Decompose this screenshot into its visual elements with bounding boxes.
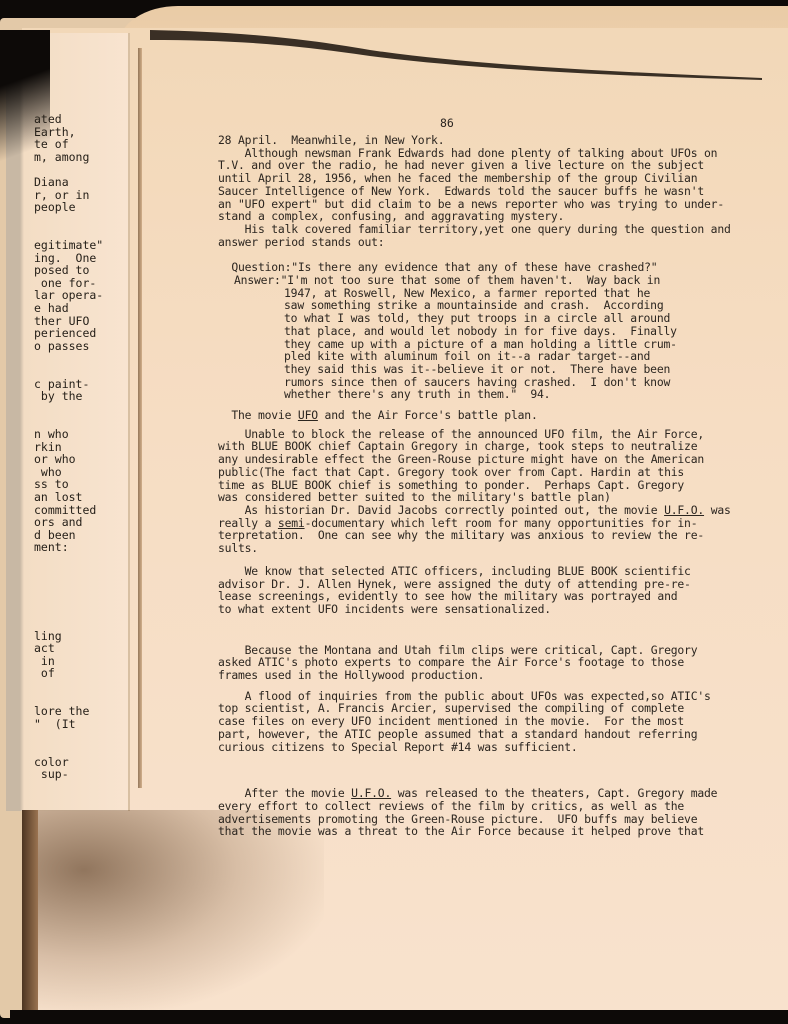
text-line: public(The fact that Capt. Gregory took … [218, 466, 668, 479]
text-line: We know that selected ATIC officers, inc… [218, 565, 668, 578]
text-line: they said this was it--believe it or not… [284, 363, 668, 376]
paragraph-battle-plan: Unable to block the release of the annou… [218, 428, 668, 504]
text-line: that place, and would let nobody in for … [284, 325, 668, 338]
text-line: answer period stands out: [218, 236, 668, 249]
left-page-fragment: perienced [34, 327, 96, 340]
text-line: sults. [218, 542, 668, 555]
text-line: lease screenings, evidently to see how t… [218, 590, 668, 603]
photocopy-stain [24, 810, 324, 1010]
left-page-fragment: of [34, 667, 55, 680]
text-line: whether there's any truth in them." 94. [284, 388, 668, 401]
text-line: any undesirable effect the Green-Rouse p… [218, 453, 668, 466]
left-page-fragment: or who [34, 453, 76, 466]
left-page-fragment: an lost [34, 491, 82, 504]
paragraph-film-clips: Because the Montana and Utah film clips … [218, 644, 668, 682]
answer-first-line: Answer:"I'm not too sure that some of th… [218, 274, 668, 287]
paragraph-jacobs-rest: terpretation. One can see why the milita… [218, 529, 668, 554]
text-line: that the movie was a threat to the Air F… [218, 825, 668, 838]
left-page-fragment: " (It [34, 718, 76, 731]
left-page-fragment: Diana [34, 176, 69, 189]
left-page-fragment: te of [34, 138, 69, 151]
text-line: Saucer Intelligence of New York. Edwards… [218, 185, 668, 198]
text-line: frames used in the Hollywood production. [218, 669, 668, 682]
left-page-fragment: egitimate" [34, 239, 103, 252]
left-page-fragment: ated [34, 113, 62, 126]
left-page-fragment: n who [34, 428, 69, 441]
left-page-fragment: o passes [34, 340, 89, 353]
document-body: 28 April. Meanwhile, in New York. Althou… [218, 112, 668, 838]
page-fold-line [138, 48, 142, 788]
text-line: His talk covered familiar territory,yet … [218, 223, 668, 236]
answer-quote: 1947, at Roswell, New Mexico, a farmer r… [218, 287, 668, 401]
left-page-fragment: act [34, 642, 55, 655]
section-heading: 28 April. Meanwhile, in New York. [218, 134, 668, 147]
paragraph-inquiries: A flood of inquiries from the public abo… [218, 690, 668, 754]
paragraph-release-rest: every effort to collect reviews of the f… [218, 800, 668, 838]
text-line: part, however, the ATIC people assumed t… [218, 728, 668, 741]
left-page-fragment: ment: [34, 541, 69, 554]
left-page-fragment: sup- [34, 768, 69, 781]
left-page-fragment: ors and [34, 516, 82, 529]
text-line: to what I was told, they put troops in a… [284, 312, 668, 325]
text-line: every effort to collect reviews of the f… [218, 800, 668, 813]
text-line: case files on every UFO incident mention… [218, 715, 668, 728]
binding-edge [22, 810, 38, 1010]
left-page-fragment: lore the [34, 705, 89, 718]
subheading-movie-ufo: The movie UFO and the Air Force's battle… [218, 409, 668, 422]
left-page-fragment: posed to [34, 264, 89, 277]
text-line: curious citizens to Special Report #14 w… [218, 741, 668, 754]
background-edge [10, 1010, 788, 1024]
left-page-fragment: m, among [34, 151, 89, 164]
left-page-fragment: by the [34, 390, 82, 403]
paragraph-edwards-intro: Although newsman Frank Edwards had done … [218, 147, 668, 249]
text-line: to what extent UFO incidents were sensat… [218, 603, 668, 616]
left-page-fragment: e had [34, 302, 69, 315]
text-line: until April 28, 1956, when he faced the … [218, 172, 668, 185]
movie-title-underlined: UFO [298, 408, 318, 422]
paragraph-atic-officers: We know that selected ATIC officers, inc… [218, 565, 668, 616]
text-line: terpretation. One can see why the milita… [218, 529, 668, 542]
left-page-fragment: people [34, 201, 76, 214]
